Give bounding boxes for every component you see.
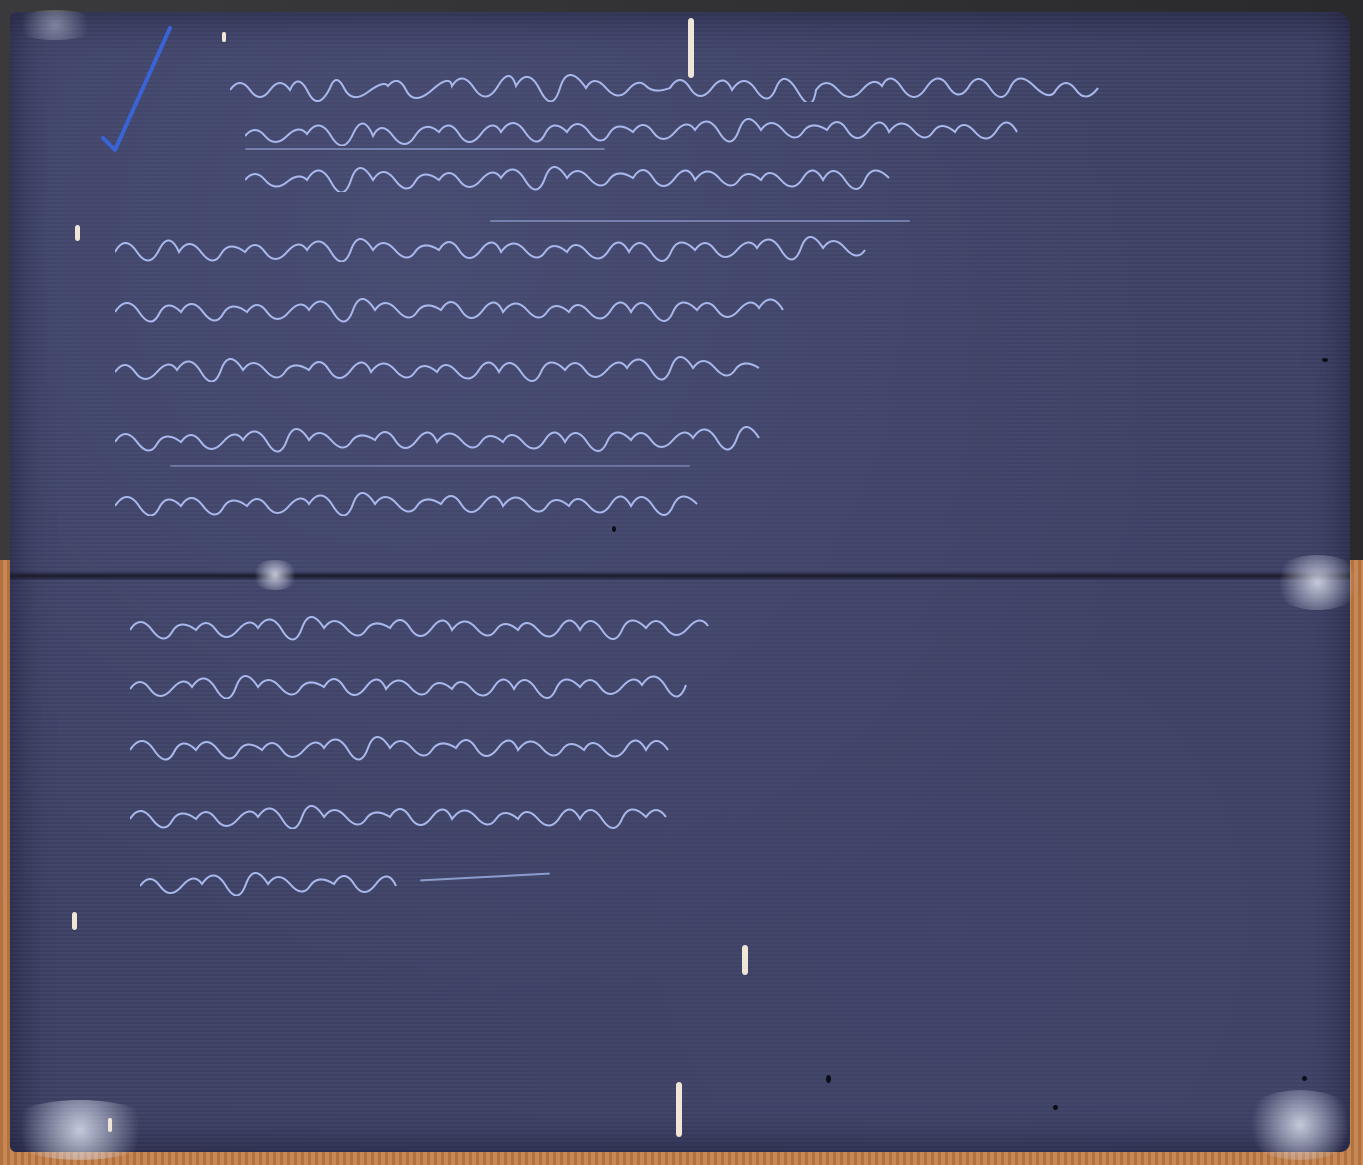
handwritten-line: [handwritten Burmese line 9 — illegible] bbox=[130, 608, 1310, 642]
paint-chip bbox=[688, 18, 694, 78]
handwritten-line: [handwritten Burmese line 10 — illegible… bbox=[130, 665, 1320, 699]
paint-chip bbox=[742, 945, 748, 975]
text-underline bbox=[490, 220, 910, 222]
paint-chip bbox=[72, 912, 77, 930]
handwritten-line: [handwritten Burmese line 7 — illegible] bbox=[115, 420, 1335, 454]
handwritten-line: [handwritten Burmese line 4 — illegible] bbox=[115, 228, 1310, 262]
speck bbox=[826, 1075, 831, 1083]
handwriting-area: [handwritten Burmese line 1 — illegible]… bbox=[0, 0, 1363, 1165]
handwritten-line: [handwritten Burmese line 3 — illegible] bbox=[245, 158, 1300, 192]
handwritten-line: [handwritten Burmese line 2 — illegible] bbox=[245, 112, 1305, 146]
paint-chip bbox=[75, 225, 80, 241]
handwritten-line: [handwritten Burmese line 8 — illegible] bbox=[115, 482, 1325, 516]
handwritten-line: [handwritten Burmese line 12 — illegible… bbox=[130, 795, 1320, 829]
speck bbox=[1053, 1105, 1058, 1110]
speck bbox=[612, 526, 616, 532]
handwritten-line: [handwritten Burmese line 5 — illegible] bbox=[115, 290, 1310, 324]
paint-chip bbox=[676, 1082, 682, 1137]
paint-chip bbox=[108, 1118, 112, 1132]
signature-flourish bbox=[420, 873, 550, 882]
handwritten-line: [handwritten Burmese closing line — ille… bbox=[140, 862, 420, 896]
speck bbox=[1322, 358, 1328, 362]
text-underline bbox=[170, 465, 690, 467]
handwritten-line: [handwritten Burmese line 1 — illegible] bbox=[230, 68, 1300, 102]
handwritten-line: [handwritten Burmese line 11 — illegible… bbox=[130, 728, 1320, 762]
speck bbox=[1302, 1076, 1307, 1081]
paint-chip bbox=[222, 32, 226, 42]
handwritten-line: [handwritten Burmese line 6 — illegible] bbox=[115, 348, 1325, 382]
text-underline bbox=[245, 148, 605, 150]
